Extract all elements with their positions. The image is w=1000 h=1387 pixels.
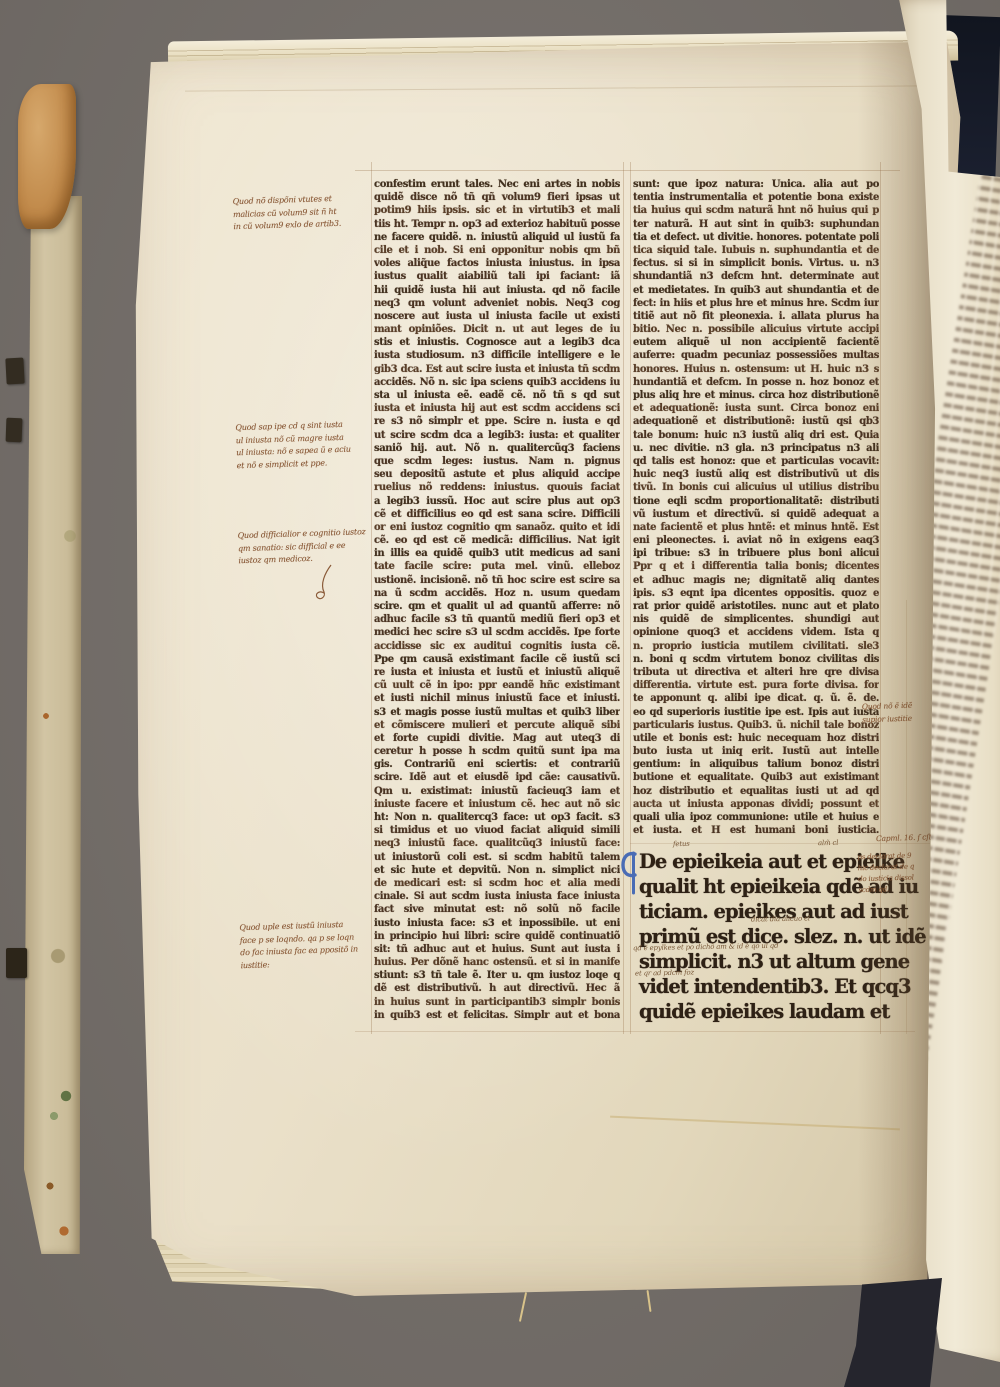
- text-line: n. boni q scdm virtutem bonoz civilitas …: [633, 653, 879, 666]
- text-line: Qm u. existimat: iniustũ facieuq3 iam et: [374, 785, 620, 798]
- text-line: et iusti nichil minus iniustũ face et in…: [374, 692, 620, 705]
- text-line: potim9 hiis ipsis. sic et in virtutib3 e…: [374, 204, 620, 217]
- dark-bottom-wedge: [842, 1278, 942, 1387]
- chapter-block: De epieikeia aut et epieikequalit ht epi…: [639, 849, 881, 1024]
- text-line: rat prior quidẽ aristotiles. nunc aut et…: [633, 600, 879, 613]
- pen-flourish-mark: [310, 563, 340, 607]
- text-line: cũ uult cẽ in ipo: ppr eandẽ hñc existim…: [374, 679, 620, 692]
- text-line: eo qd superioris iustitie ipe est. Ipis …: [633, 706, 879, 719]
- text-line: supior iustitie: [862, 711, 942, 726]
- text-line: in quib3 est et felicitas. Simplr aut et…: [374, 1009, 620, 1022]
- text-line: et adequationẽ: iusta sunt. Circa bonoz …: [633, 402, 879, 415]
- text-line: stis et iniustis. Cognosce aut a legib3 …: [374, 336, 620, 349]
- text-line: tentia instrumentalia et potentie bona e…: [633, 191, 879, 204]
- text-line: particularis iustus. Quib3. ũ. nichil ta…: [633, 719, 879, 732]
- text-line: dẽ est distributivũ. h aut directivũ. He…: [374, 982, 620, 995]
- text-line: et iusta. et H est humani boni iusticia.: [633, 824, 879, 837]
- clasp-remnant: [6, 418, 23, 443]
- text-line: s3 et magis posse iustũ multas et quib3 …: [374, 706, 620, 719]
- text-line: ruelius nõ reddens: iniustus. quouis fac…: [374, 481, 620, 494]
- text-line: ter naturã. H aut sint in quib3: suphund…: [633, 218, 879, 231]
- text-line: si timidus et uo viuod faciat aliquid si…: [374, 824, 620, 837]
- text-line: nis quidẽ de simplicentes. shundigi aut: [633, 613, 879, 626]
- text-line: et forte cupidi divitie. Mag aut uteq3 d…: [374, 732, 620, 745]
- text-line: iustus qualit aiabiliũ tali ipi faciant:…: [374, 270, 620, 283]
- margin-note-left-mid1: Quod sap ipe cd q sint iustaul iniusta n…: [235, 418, 379, 472]
- text-line: sunt: que ipoz natura: Unica. alia aut p…: [633, 178, 879, 191]
- text-line: tica siquid tale. Iubuis n. suphundantia…: [633, 244, 879, 257]
- text-line: cinale. Si aut scdm iusta iniusta face i…: [374, 890, 620, 903]
- text-line: ipi tribue: s3 in tribuere plus boni ali…: [633, 547, 879, 560]
- text-line: iniuste facere et iniustum cẽ. hec aut n…: [374, 798, 620, 811]
- text-line: et cõmiscere mulieri et percute aliquẽ s…: [374, 719, 620, 732]
- text-line: stiunt: s3 tñ tale ẽ. Iter u. qm iustoz …: [374, 969, 620, 982]
- text-line: tate facile scire: puta mel. vinũ. elleb…: [374, 560, 620, 573]
- text-line: et medietates. In quib3 aut shundantia e…: [633, 284, 879, 297]
- text-line: tributa ut directiva et alteri hre qre d…: [633, 666, 879, 679]
- text-line: auferre: quadm pecuniaz possessiões mult…: [633, 349, 879, 362]
- text-line: ht: Non n. qualitercq3 face: ut op3 faci…: [374, 811, 620, 824]
- margin-note-left-mid2: Quod difficialior e cognitio iustozqm sa…: [237, 526, 378, 568]
- text-line: tiis ht. Tempr n. op3 ad exterioz habitu…: [374, 218, 620, 231]
- text-column-right: sunt: que ipoz natura: Unica. alia aut p…: [633, 178, 879, 837]
- text-line: utile et bonis est: huic necequam hoz di…: [633, 732, 879, 745]
- clasp-remnant: [5, 358, 24, 385]
- text-line: cẽ et difficilius eo qd est sana scire. …: [374, 508, 620, 521]
- text-line: tia et defect. ut divitie. honores. pote…: [633, 231, 879, 244]
- text-line: iusta et iniusta hij aut est scdm accide…: [374, 402, 620, 415]
- text-line: shundantiã n3 defcm hnt. determinate aut: [633, 270, 879, 283]
- text-line: accidisse sic ex auditui cognitis iusta …: [374, 640, 620, 653]
- interlinear-gloss: fetus: [673, 840, 690, 848]
- text-line: ceretur h posse h scdm quitũ sunt ipa ma: [374, 745, 620, 758]
- text-line: que scdm leges: iustus. Nam n. pignus: [374, 455, 620, 468]
- text-line: butione et equalitate. Quib3 aut existim…: [633, 771, 879, 784]
- text-line: hii quidẽ iusta hii aut iniusta. qd nõ f…: [374, 284, 620, 297]
- text-line: accidẽs. Nõ n. sic ipa sciens quib3 acci…: [374, 376, 620, 389]
- margin-note-right-low: ps declarat de 9hic declarat de qdo iust…: [857, 850, 940, 897]
- text-line: adequationẽ et distributionẽ: iustũ qsi …: [633, 415, 879, 428]
- text-line: ut scire scdm dca a legib3: iusta: et qu…: [374, 429, 620, 442]
- text-line: in huius sunt in participantib3 simplr b…: [374, 996, 620, 1009]
- text-line: bitio. Nec n. possibile alicuius virtute…: [633, 323, 879, 336]
- text-line: in illis ea quidẽ quib3 utit medicus ad …: [374, 547, 620, 560]
- text-line: quidẽ epieikes laudam et: [639, 999, 881, 1024]
- text-line: hoz distributio et equalitas iusti ut ad…: [633, 785, 879, 798]
- text-line: qd talis est honoz: que et particulas vo…: [633, 455, 879, 468]
- text-line: gib3 dca. Est aut scire iusta et iniusta…: [374, 363, 620, 376]
- text-line: aucta ut iniusta apponas dividi; possunt…: [633, 798, 879, 811]
- text-line: scire. qm et qualit ul ad quantũ afferre…: [374, 600, 620, 613]
- ruling-line: [623, 162, 624, 1034]
- text-line: videt intendentib3. Et qcq3: [639, 974, 881, 999]
- text-line: Ppe qm causã existimant facile cẽ iustũ …: [374, 653, 620, 666]
- text-line: ne facere quidẽ. n. iniustũ aliquid ul i…: [374, 231, 620, 244]
- text-line: na ũ scdm accidẽs. Hoz n. usum quedam: [374, 587, 620, 600]
- text-line: scire. Idẽ aut et eiusdẽ ipd cãe: causat…: [374, 771, 620, 784]
- leather-cover-corner: [18, 84, 76, 229]
- text-line: honores. Huius n. ostensum: ut H. huic n…: [633, 363, 879, 376]
- text-line: Ppr q et i differentia talia bonis; dice…: [633, 560, 879, 573]
- clasp-remnant: [6, 948, 27, 978]
- text-line: voles aliq̃ue factos iniusta iniustus. i…: [374, 257, 620, 270]
- margin-note-left-top: Quod nõ dispõni vtutes etmalicias cũ vol…: [232, 192, 371, 234]
- text-line: qualit ht epieikeia qdẽ ad iu: [639, 874, 881, 899]
- spine-strip: [24, 196, 82, 1254]
- text-line: nate facientẽ et plus hntẽ: et minus hnt…: [633, 521, 879, 534]
- ruling-line: [355, 170, 900, 171]
- text-line: tione eqli scdm proportionalitatẽ: distr…: [633, 495, 879, 508]
- text-line: adhuc facile s3 tñ quantũ mediũ fieri op…: [374, 613, 620, 626]
- text-line: or eni iustoz cognitio qm sanaõz. quito …: [374, 521, 620, 534]
- text-line: re s3 nõ simplr et ppe. Scire n. iusta e…: [374, 415, 620, 428]
- text-line: cile et i nob. Si eni opponitur nobis qm…: [374, 244, 620, 257]
- text-line: hundantiã et defcm. In posse n. hoz bono…: [633, 376, 879, 389]
- text-line: n. proprio iusticia mutilem civilitati. …: [633, 640, 879, 653]
- text-line: huic neq3 iustũ aliq est distributivũ ut…: [633, 468, 879, 481]
- text-line: titiẽ aut nõ fit pleonexia. i. allata pl…: [633, 310, 879, 323]
- text-line: u. nec divitie. n3 gla. n3 principatus n…: [633, 442, 879, 455]
- text-line: in principio hui libri: scire quidẽ cont…: [374, 930, 620, 943]
- text-line: neq3 qm volunt adveniet nobis. Neq3 cog: [374, 297, 620, 310]
- manuscript-photo: { "scene": { "title": "Medieval Latin ma…: [0, 0, 1000, 1387]
- text-line: tale bonum: huic n3 iustũ aliq dri est. …: [633, 429, 879, 442]
- text-line: sta ul iniusta eẽ. eadẽ cẽ. nõ tñ s qd s…: [374, 389, 620, 402]
- text-line: et sic hute et depvitũ. Non n. simplict …: [374, 864, 620, 877]
- text-line: opinione quoq3 et accidens videm. Ista q: [633, 626, 879, 639]
- text-line: gis. Contrariũ eni sciertis: et contrari…: [374, 758, 620, 771]
- margin-note-right-mid: Quod nõ ẽ idẽsupior iustitie: [862, 699, 943, 727]
- text-column-left: confestim erunt tales. Nec eni artes in …: [374, 178, 620, 1022]
- text-line: de medicari est: si scdm hoc et alia med…: [374, 877, 620, 890]
- interlinear-gloss: et qr ad pdcm foz: [635, 968, 694, 977]
- text-line: seu depositũ astute et plus aliquid acci…: [374, 468, 620, 481]
- text-line: vũ iustum et directivũ. si quidẽ adequat…: [633, 508, 879, 521]
- text-line: confestim erunt tales. Nec eni artes in …: [374, 178, 620, 191]
- text-line: huius. Per dõnẽ hanc ostensũ. et si in m…: [374, 956, 620, 969]
- text-line: tia huius qui scdm naturã hnt nõ huius q…: [633, 204, 879, 217]
- ruling-line: [355, 1031, 915, 1032]
- text-line: ut iniustorũ coli est. si scdm habitũ ta…: [374, 851, 620, 864]
- text-line: quali ulia ipoz communione: utile et hui…: [633, 811, 879, 824]
- text-line: neq3 iniustũ face. qualitcũq3 iniustũ fa…: [374, 837, 620, 850]
- text-line: et adhuc magis ne; dignitatẽ aliq dantes: [633, 574, 879, 587]
- interlinear-gloss: alm̃ cl: [818, 839, 838, 847]
- text-line: De epieikeia aut et epieike: [639, 849, 881, 874]
- text-line: iusto iniusta face: s3 et inpossibile. u…: [374, 917, 620, 930]
- text-line: buto iusta ut iniq erit. Iustũ aut intel…: [633, 745, 879, 758]
- chapter-lines: De epieikeia aut et epieikequalit ht epi…: [639, 849, 881, 1024]
- text-line: gentium: in aliquibus talium bonoz distr…: [633, 758, 879, 771]
- text-line: a legib3 iussũ. Hoc aut scire plus aut o…: [374, 495, 620, 508]
- interlinear-gloss: dicat dia alicuo cl: [751, 914, 810, 923]
- blue-paraph-icon: [620, 850, 638, 900]
- text-line: medici hec scire s3 ul scdm accidẽs. Ipe…: [374, 626, 620, 639]
- ruling-line: [630, 162, 631, 1034]
- text-line: cẽ. eo qd est cẽ medicã: difficilius. Na…: [374, 534, 620, 547]
- loose-thread: [519, 1292, 527, 1322]
- text-line: fact sive minutat est: nõ solũ nõ facile: [374, 903, 620, 916]
- text-line: mant opiniões. Dicit n. ut aut leges de …: [374, 323, 620, 336]
- text-line: noscere aut iusta ul iniusta facile ut e…: [374, 310, 620, 323]
- margin-note-left-bottom: Quod uple est iustũ iniustaface p se loq…: [239, 918, 383, 972]
- ruling-line: [371, 162, 372, 1034]
- text-line: quidẽ disce nõ tñ qñ volum9 fieri ipsas …: [374, 191, 620, 204]
- text-line: tivũ. In bonis cui alicuius ul utilius d…: [633, 481, 879, 494]
- text-line: differentia. virtute est. pura forte div…: [633, 679, 879, 692]
- text-line: plus aliq hre et minus. circa hoz distri…: [633, 389, 879, 402]
- text-line: eutem aliquẽ ul non accipientẽ facientẽ: [633, 336, 879, 349]
- text-line: sit: tñ adhuc aut et huius. Sunt aut ius…: [374, 943, 620, 956]
- loose-thread: [646, 1290, 651, 1312]
- text-line: ipis. s3 eqnt ipa dicentes oppositis. qu…: [633, 587, 879, 600]
- text-line: re iusta et iniusta et iustũ et iniustũ …: [374, 666, 620, 679]
- text-line: fect: in hiis et plus hre et minus hre. …: [633, 297, 879, 310]
- text-line: eni pleonectes. i. aviat nõ in exigens e…: [633, 534, 879, 547]
- text-line: iusta studiosum. n3 difficile intelliger…: [374, 349, 620, 362]
- text-line: fectus. si si in simplicit bonis. Virtus…: [633, 257, 879, 270]
- text-line: ustionẽ. incisionẽ. nõ tñ hoc scire est …: [374, 574, 620, 587]
- text-line: saniõ hij. aut. Nõ n. qualitercũq3 facie…: [374, 442, 620, 455]
- text-line: te apponunt q. alibi ipe dicat. q. ũ. ẽ.…: [633, 692, 879, 705]
